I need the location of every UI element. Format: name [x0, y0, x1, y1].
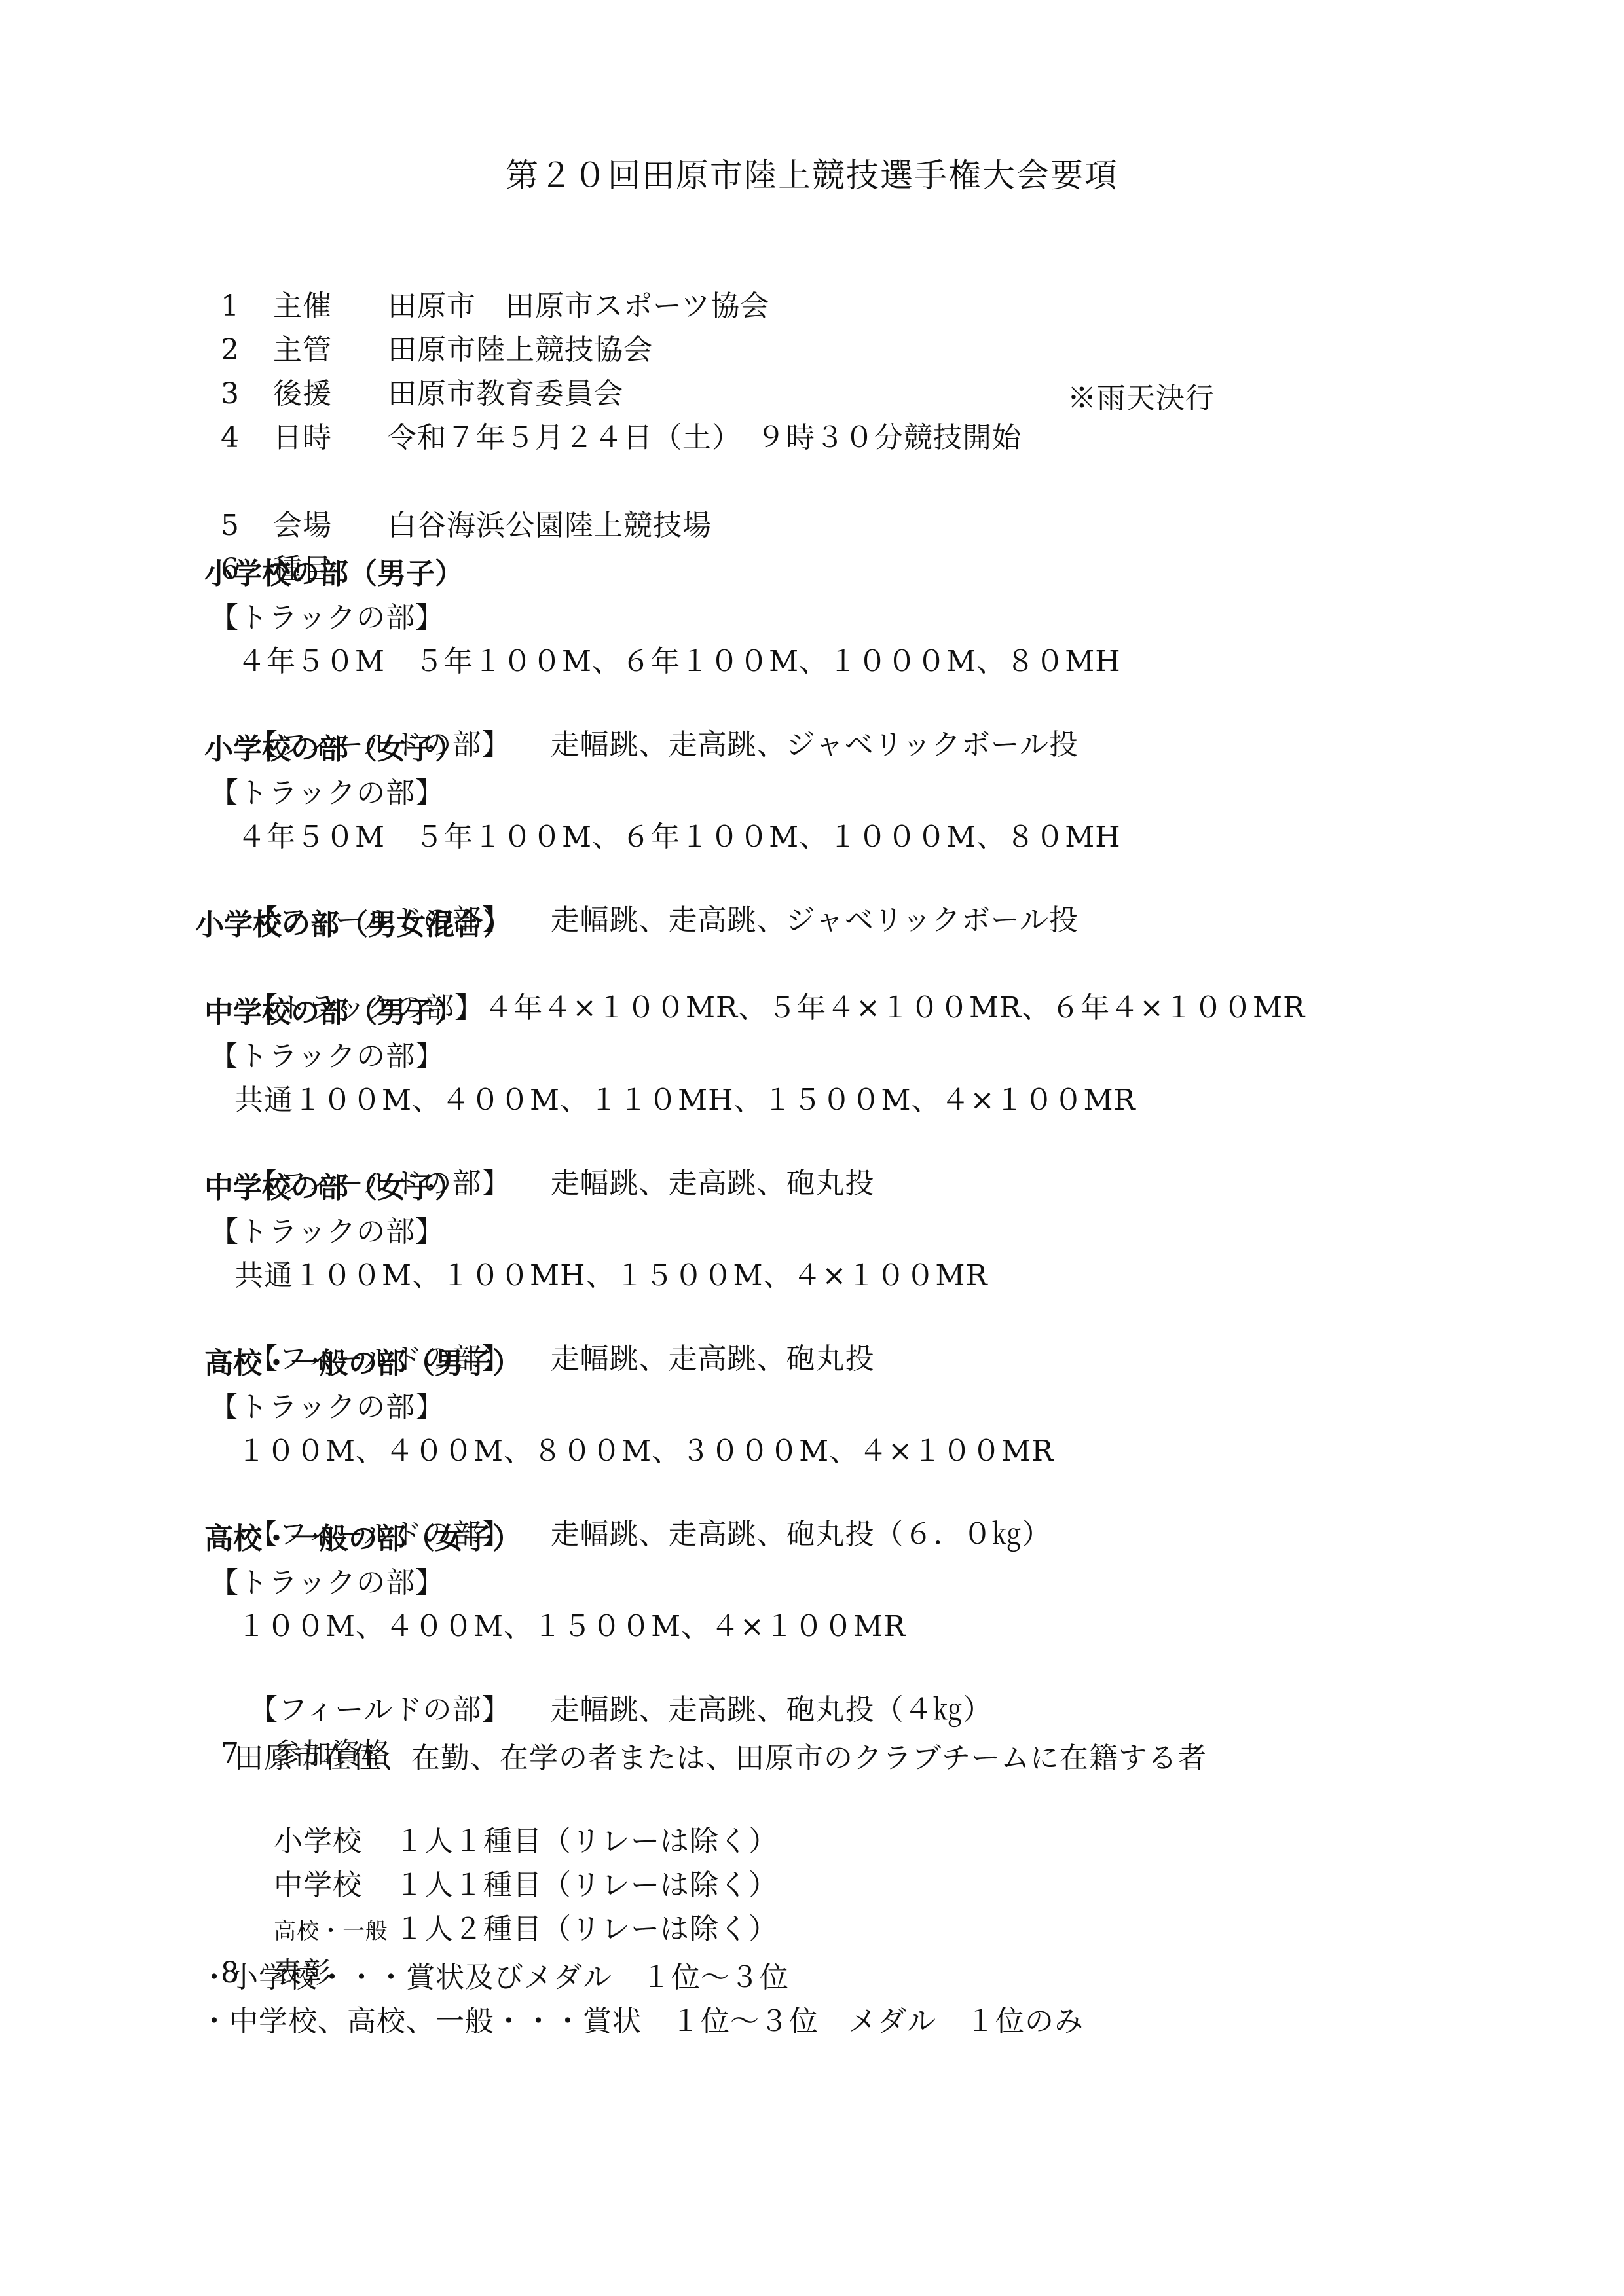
track-label: 【トラックの部】 — [210, 1037, 445, 1076]
field-row: 【フィールドの部】走幅跳、走高跳、ジャベリックボール投 — [210, 862, 1079, 901]
field-events: 走幅跳、走高跳、砲丸投 — [551, 1342, 875, 1376]
item-organizer: 1主催田原市 田原市スポーツ協会 — [181, 247, 769, 287]
field-row: 【フィールドの部】走幅跳、走高跳、ジャベリックボール投 — [210, 686, 1079, 725]
track-label: 【トラックの部】 — [210, 774, 445, 813]
field-row: 【フィールドの部】走幅跳、走高跳、砲丸投 — [210, 1125, 875, 1164]
section-heading-elem-boys: 小学校の部（男子） — [204, 555, 464, 594]
eligibility-row: 中学校１人１種目（リレーは除く） — [234, 1827, 778, 1866]
document-title: 第２０回田原市陸上競技選手権大会要項 — [0, 156, 1624, 195]
field-row: 【フィールドの部】走幅跳、走高跳、砲丸投（４㎏） — [210, 1651, 993, 1690]
section-heading-hs-men: 高校・一般の部（男子） — [204, 1344, 521, 1383]
eligibility-description: 田原市在住、在勤、在学の者または、田原市のクラブチームに在籍する者 — [234, 1739, 1207, 1778]
eligibility-row: 高校・一般１人２種目（リレーは除く） — [234, 1870, 778, 1910]
section-heading-elem-girls: 小学校の部（女子） — [204, 730, 464, 769]
field-events: 走幅跳、走高跳、ジャベリックボール投 — [551, 728, 1079, 761]
field-events: 走幅跳、走高跳、砲丸投 — [551, 1167, 875, 1200]
section-heading-hs-women: 高校・一般の部（女子） — [204, 1520, 521, 1559]
field-events: 走幅跳、走高跳、砲丸投（６．０㎏） — [551, 1518, 1052, 1551]
section-heading-elem-mixed: 小学校の部（男女混合） — [195, 905, 512, 945]
awards-row: ・小学校・・・賞状及びメダル １位～３位 — [200, 1958, 789, 1997]
field-events: 走幅跳、走高跳、ジャベリックボール投 — [551, 903, 1079, 937]
item-events: 6種目 — [181, 511, 388, 550]
track-label: 【トラックの部】 — [210, 1212, 445, 1252]
track-row: 【トラックの部】４年４×１００MR、５年４×１００MR、６年４×１００MR — [210, 949, 1305, 989]
track-events: 共通１００M、１００MH、１５００M、４×１００MR — [234, 1256, 988, 1296]
awards-row: ・中学校、高校、一般・・・賞状 １位～３位 メダル １位のみ — [200, 2002, 1084, 2041]
item-value: 白谷海浜公園陸上競技場 — [388, 509, 712, 542]
document-page: 第２０回田原市陸上競技選手権大会要項 1主催田原市 田原市スポーツ協会 2主管田… — [0, 0, 1624, 2296]
section-heading-jh-girls: 中学校の部（女子） — [204, 1169, 464, 1208]
track-events: １００M、４００M、１５００M、４×１００MR — [237, 1607, 906, 1647]
item-eligibility: 7参加資格 — [181, 1695, 391, 1734]
track-label: 【トラックの部】 — [210, 598, 445, 638]
item-awards: 8表彰 — [181, 1914, 332, 1954]
field-events: 走幅跳、走高跳、砲丸投（４㎏） — [551, 1693, 993, 1726]
track-events: ４年５０M ５年１００M、６年１００M、１０００M、８０MH — [237, 818, 1121, 857]
field-row: 【フィールドの部】走幅跳、走高跳、砲丸投 — [210, 1300, 875, 1339]
eligibility-row: 小学校１人１種目（リレーは除く） — [234, 1783, 778, 1822]
item-venue: 5会場白谷海浜公園陸上競技場 — [181, 467, 712, 506]
item-value: 令和７年５月２４日（土） ９時３０分競技開始 — [388, 421, 1022, 454]
track-events: １００M、４００M、８００M、３０００M、４×１００MR — [237, 1432, 1054, 1471]
rain-note: ※雨天決行 — [1067, 379, 1215, 418]
item-number: 4 — [221, 418, 273, 458]
field-row: 【フィールドの部】走幅跳、走高跳、砲丸投（６．０㎏） — [210, 1476, 1052, 1515]
item-datetime: 4日時令和７年５月２４日（土） ９時３０分競技開始 — [181, 379, 1022, 418]
track-label: 【トラックの部】 — [210, 1563, 445, 1603]
track-events: ４年５０M ５年１００M、６年１００M、１０００M、８０MH — [237, 642, 1121, 682]
track-events: 共通１００M、４００M、１１０MH、１５００M、４×１００MR — [234, 1081, 1136, 1120]
track-events: ４年４×１００MR、５年４×１００MR、６年４×１００MR — [484, 991, 1305, 1025]
eligibility-limit: １人２種目（リレーは除く） — [395, 1912, 778, 1946]
item-management: 2主管田原市陸上競技協会 — [181, 291, 653, 331]
item-sponsor: 3後援田原市教育委員会 — [181, 335, 623, 374]
section-heading-jh-boys: 中学校の部（男子） — [204, 993, 464, 1032]
track-label: 【トラックの部】 — [210, 1388, 445, 1427]
item-label: 日時 — [273, 418, 388, 458]
